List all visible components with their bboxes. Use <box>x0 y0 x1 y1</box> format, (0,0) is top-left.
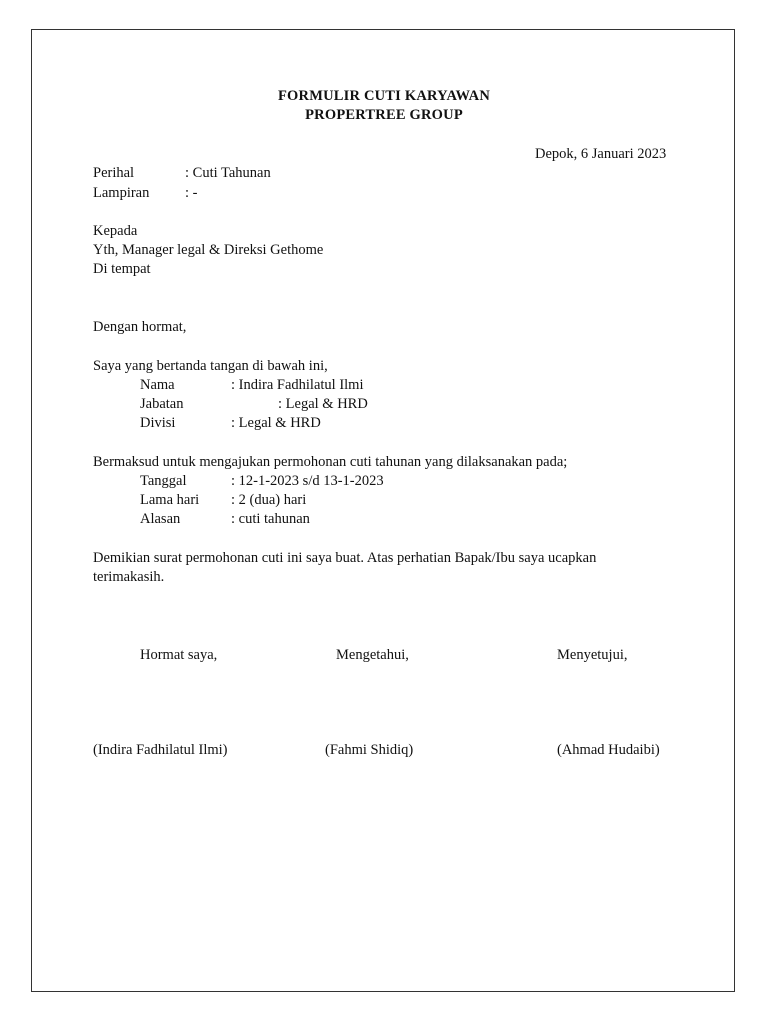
name-value: : Indira Fadhilatul Ilmi <box>231 377 364 394</box>
date-label: Tanggal <box>140 473 187 490</box>
signature-name-approver: (Ahmad Hudaibi) <box>557 742 660 759</box>
date-value: : 12-1-2023 s/d 13-1-2023 <box>231 473 384 490</box>
closing-line-1: Demikian surat permohonan cuti ini saya … <box>93 550 596 567</box>
place-date: Depok, 6 Januari 2023 <box>535 146 666 163</box>
signature-name-sender: (Indira Fadhilatul Ilmi) <box>93 742 228 759</box>
reason-value: : cuti tahunan <box>231 511 310 528</box>
recipient-line-2: Yth, Manager legal & Direksi Gethome <box>93 242 323 259</box>
attachment-value: : - <box>185 185 197 202</box>
page-border <box>31 29 735 992</box>
position-label: Jabatan <box>140 396 183 413</box>
recipient-line-3: Di tempat <box>93 261 151 278</box>
signature-role-approver: Menyetujui, <box>557 647 627 664</box>
signature-name-acknowledger: (Fahmi Shidiq) <box>325 742 413 759</box>
signature-role-acknowledger: Mengetahui, <box>336 647 409 664</box>
name-label: Nama <box>140 377 175 394</box>
company-name: PROPERTREE GROUP <box>0 106 768 125</box>
intro-text: Saya yang bertanda tangan di bawah ini, <box>93 358 328 375</box>
signature-role-sender: Hormat saya, <box>140 647 217 664</box>
division-value: : Legal & HRD <box>231 415 321 432</box>
attachment-label: Lampiran <box>93 185 149 202</box>
duration-label: Lama hari <box>140 492 199 509</box>
position-value: : Legal & HRD <box>278 396 368 413</box>
greeting: Dengan hormat, <box>93 319 186 336</box>
subject-value: : Cuti Tahunan <box>185 165 271 182</box>
recipient-line-1: Kepada <box>93 223 137 240</box>
division-label: Divisi <box>140 415 175 432</box>
closing-line-2: terimakasih. <box>93 569 164 586</box>
duration-value: : 2 (dua) hari <box>231 492 306 509</box>
subject-label: Perihal <box>93 165 134 182</box>
reason-label: Alasan <box>140 511 180 528</box>
request-intro: Bermaksud untuk mengajukan permohonan cu… <box>93 454 567 471</box>
form-title: FORMULIR CUTI KARYAWAN <box>0 87 768 106</box>
